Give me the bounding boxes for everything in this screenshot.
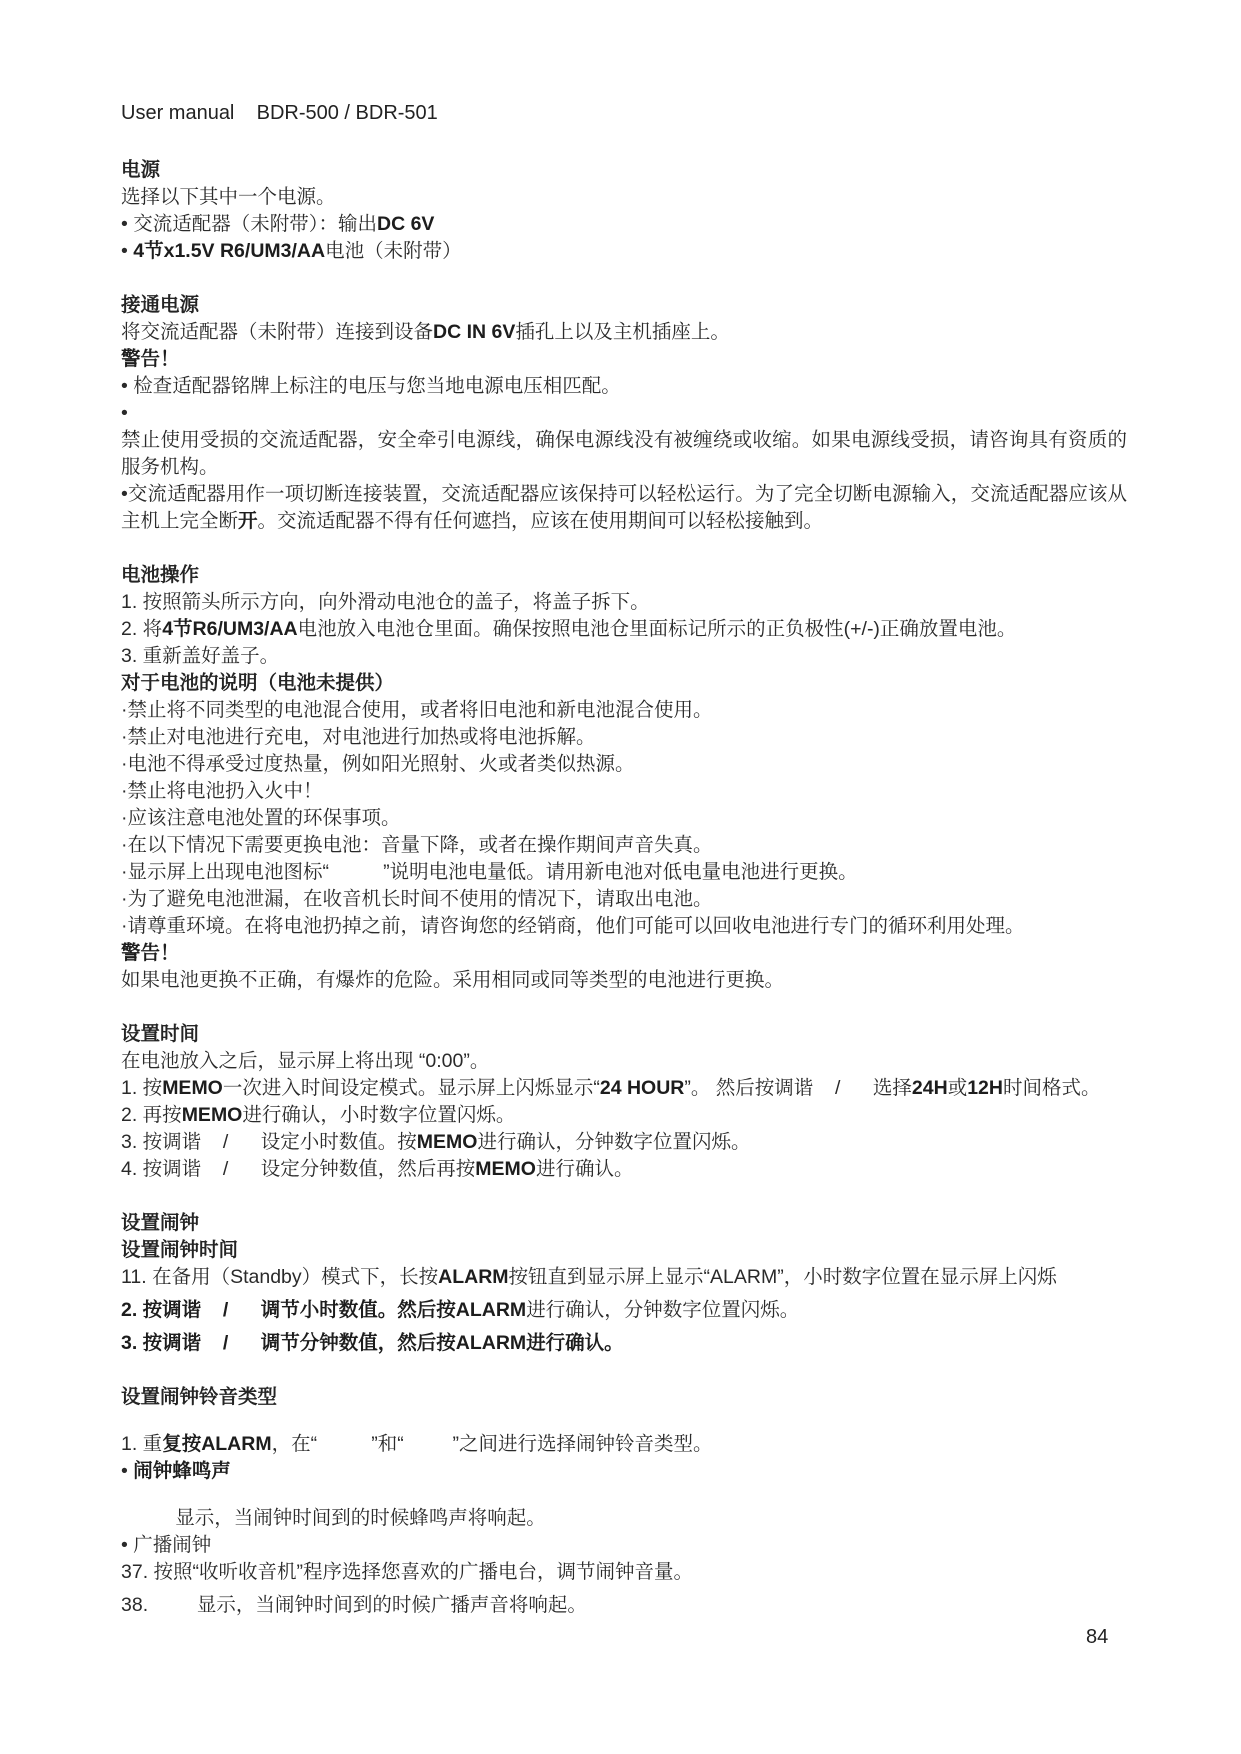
text-line: 3. 重新盖好盖子。: [121, 643, 1127, 670]
bold-text: 2. 按调谐 / 调节小时数值。然后按ALARM: [121, 1299, 526, 1321]
blank-line: [121, 994, 1127, 1021]
text-line: 1. 重复按ALARM，在“ ”和“ ”之间进行选择闹钟铃音类型。: [121, 1431, 1127, 1458]
text-line: 11. 在备用（Standby）模式下，长按ALARM按钮直到显示屏上显示“AL…: [121, 1264, 1127, 1291]
bold-text: 警告！: [121, 348, 180, 370]
blank-line: [121, 1485, 1127, 1505]
bold-text: 4节x1.5V R6/UM3/AA: [133, 240, 325, 262]
bold-text: 24 HOUR: [600, 1077, 685, 1099]
text-line: 3. 按调谐 / 调节分钟数值，然后按ALARM进行确认。: [121, 1330, 1127, 1357]
text-line: 2. 按调谐 / 调节小时数值。然后按ALARM进行确认，分钟数字位置闪烁。: [121, 1297, 1127, 1324]
text-line: 将交流适配器（未附带）连接到设备DC IN 6V插孔上以及主机插座上。: [121, 319, 1127, 346]
bold-text: 12H: [967, 1077, 1003, 1099]
bold-text: 警告！: [121, 942, 180, 964]
text-line: ·显示屏上出现电池图标“ ”说明电池电量低。请用新电池对低电量电池进行更换。: [121, 859, 1127, 886]
text-line: ·电池不得承受过度热量，例如阳光照射、火或者类似热源。: [121, 751, 1127, 778]
text-line: 38. 显示，当闹钟时间到的时候广播声音将响起。: [121, 1592, 1127, 1619]
section-heading: 接通电源: [121, 292, 1127, 319]
page-number: 84: [1086, 1624, 1108, 1651]
bold-text: ALARM: [438, 1266, 508, 1288]
text-line: 禁止使用受损的交流适配器，安全牵引电源线，确保电源线没有被缠绕或收缩。如果电源线…: [121, 427, 1127, 481]
text-line: 如果电池更换不正确，有爆炸的危险。采用相同或同等类型的电池进行更换。: [121, 967, 1127, 994]
bold-text: MEMO: [162, 1077, 223, 1099]
section-heading: 设置闹钟时间: [121, 1237, 1127, 1264]
bold-text: 4节R6/UM3/AA: [162, 618, 297, 640]
text-line: • 交流适配器（未附带）：输出DC 6V: [121, 211, 1127, 238]
blank-line: [121, 265, 1127, 292]
document-body: 电源选择以下其中一个电源。• 交流适配器（未附带）：输出DC 6V• 4节x1.…: [121, 157, 1127, 1619]
text-line: 警告！: [121, 940, 1127, 967]
blank-line: [121, 1183, 1127, 1210]
text-line: •: [121, 400, 1127, 427]
text-line: ·为了避免电池泄漏，在收音机长时间不使用的情况下，请取出电池。: [121, 886, 1127, 913]
document-title: User manual BDR-500 / BDR-501: [121, 100, 1127, 127]
section-heading: 设置时间: [121, 1021, 1127, 1048]
text-line: 2. 再按MEMO进行确认，小时数字位置闪烁。: [121, 1102, 1127, 1129]
bold-text: MEMO: [182, 1104, 243, 1126]
text-line: • 广播闹钟: [121, 1532, 1127, 1559]
text-line: 显示，当闹钟时间到的时候蜂鸣声将响起。: [121, 1505, 1127, 1532]
blank-line: [121, 535, 1127, 562]
blank-line: [121, 1411, 1127, 1431]
text-line: ·应该注意电池处置的环保事项。: [121, 805, 1127, 832]
section-heading: 对于电池的说明（电池未提供）: [121, 670, 1127, 697]
text-line: • 检查适配器铭牌上标注的电压与您当地电源电压相匹配。: [121, 373, 1127, 400]
section-heading: 设置闹钟铃音类型: [121, 1384, 1127, 1411]
text-line: 选择以下其中一个电源。: [121, 184, 1127, 211]
blank-line: [121, 1357, 1127, 1384]
text-line: ·禁止将电池扔入火中！: [121, 778, 1127, 805]
text-line: 3. 按调谐 / 设定小时数值。按MEMO进行确认，分钟数字位置闪烁。: [121, 1129, 1127, 1156]
section-heading: 设置闹钟: [121, 1210, 1127, 1237]
bold-text: DC IN 6V: [433, 321, 515, 343]
text-line: 1. 按照箭头所示方向，向外滑动电池仓的盖子，将盖子拆下。: [121, 589, 1127, 616]
document-content: User manual BDR-500 / BDR-501 电源选择以下其中一个…: [121, 100, 1127, 1619]
bold-text: MEMO: [417, 1131, 478, 1153]
text-line: 警告！: [121, 346, 1127, 373]
text-line: • 闹钟蜂鸣声: [121, 1458, 1127, 1485]
bold-text: 闹钟蜂鸣声: [133, 1460, 231, 1482]
manual-page: User manual BDR-500 / BDR-501 电源选择以下其中一个…: [0, 0, 1241, 1754]
section-heading: 电源: [121, 157, 1127, 184]
bold-text: 开: [238, 510, 258, 532]
text-line: 4. 按调谐 / 设定分钟数值，然后再按MEMO进行确认。: [121, 1156, 1127, 1183]
text-line: ·在以下情况下需要更换电池：音量下降，或者在操作期间声音失真。: [121, 832, 1127, 859]
text-line: 1. 按MEMO一次进入时间设定模式。显示屏上闪烁显示“24 HOUR”。 然后…: [121, 1075, 1127, 1102]
text-line: 37. 按照“收听收音机”程序选择您喜欢的广播电台，调节闹钟音量。: [121, 1559, 1127, 1586]
text-line: 在电池放入之后，显示屏上将出现 “0:00”。: [121, 1048, 1127, 1075]
text-line: ·禁止将不同类型的电池混合使用，或者将旧电池和新电池混合使用。: [121, 697, 1127, 724]
text-line: •交流适配器用作一项切断连接装置，交流适配器应该保持可以轻松运行。为了完全切断电…: [121, 481, 1127, 535]
text-line: 2. 将4节R6/UM3/AA电池放入电池仓里面。确保按照电池仓里面标记所示的正…: [121, 616, 1127, 643]
section-heading: 电池操作: [121, 562, 1127, 589]
bold-text: 复按ALARM: [162, 1433, 271, 1455]
bold-text: 24H: [912, 1077, 948, 1099]
bold-text: MEMO: [475, 1158, 536, 1180]
text-line: ·请尊重环境。在将电池扔掉之前，请咨询您的经销商，他们可能可以回收电池进行专门的…: [121, 913, 1127, 940]
text-line: ·禁止对电池进行充电，对电池进行加热或将电池拆解。: [121, 724, 1127, 751]
bold-text: 3. 按调谐 / 调节分钟数值，然后按ALARM进行确认。: [121, 1332, 624, 1354]
text-line: • 4节x1.5V R6/UM3/AA电池（未附带）: [121, 238, 1127, 265]
bold-text: DC 6V: [377, 213, 434, 235]
